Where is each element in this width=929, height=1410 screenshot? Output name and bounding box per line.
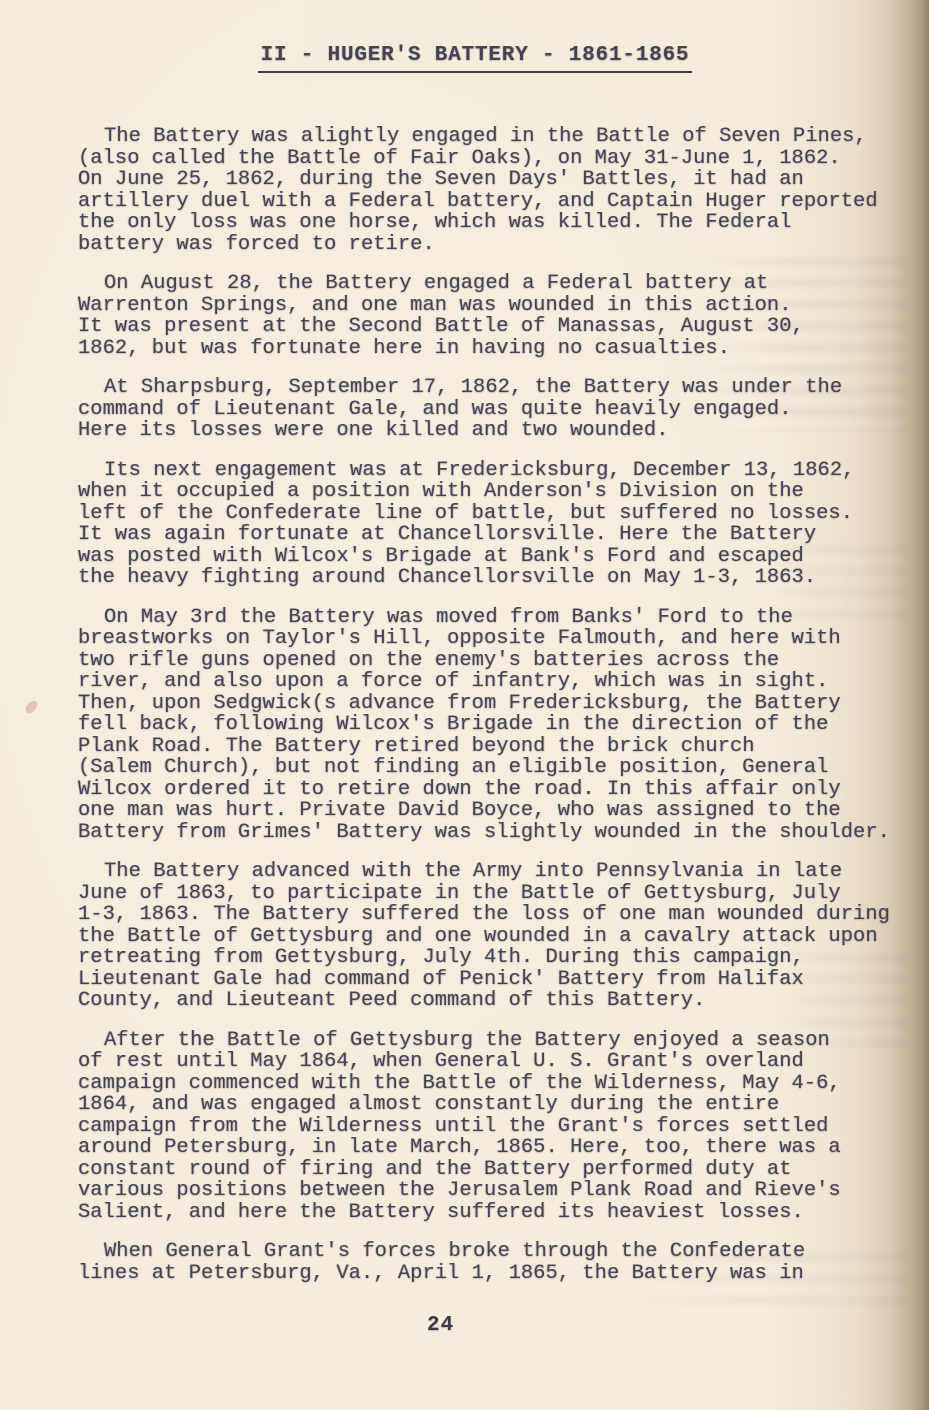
document-page: II - HUGER'S BATTERY - 1861-1865 The Bat… <box>0 0 929 1410</box>
paragraph-banks-ford-salem-church: On May 3rd the Battery was moved from Ba… <box>78 607 910 844</box>
paper-blemish <box>24 699 39 716</box>
page-title: II - HUGER'S BATTERY - 1861-1865 <box>258 44 693 73</box>
paragraph-wilderness-petersburg: After the Battle of Gettysburg the Batte… <box>78 1030 910 1224</box>
page-header: II - HUGER'S BATTERY - 1861-1865 <box>40 44 910 73</box>
paragraph-petersburg-breakthrough: When General Grant's forces broke throug… <box>78 1241 910 1284</box>
paragraph-gettysburg: The Battery advanced with the Army into … <box>78 861 910 1012</box>
paragraph-sharpsburg: At Sharpsburg, September 17, 1862, the B… <box>78 377 910 442</box>
paragraph-seven-pines: The Battery was alightly engaged in the … <box>78 126 910 255</box>
document-body: The Battery was alightly engaged in the … <box>78 126 910 1302</box>
paragraph-fredericksburg: Its next engagement was at Fredericksbur… <box>78 460 910 589</box>
paragraph-warrenton-manassas: On August 28, the Battery engaged a Fede… <box>78 273 910 359</box>
page-number: 24 <box>427 1314 454 1337</box>
